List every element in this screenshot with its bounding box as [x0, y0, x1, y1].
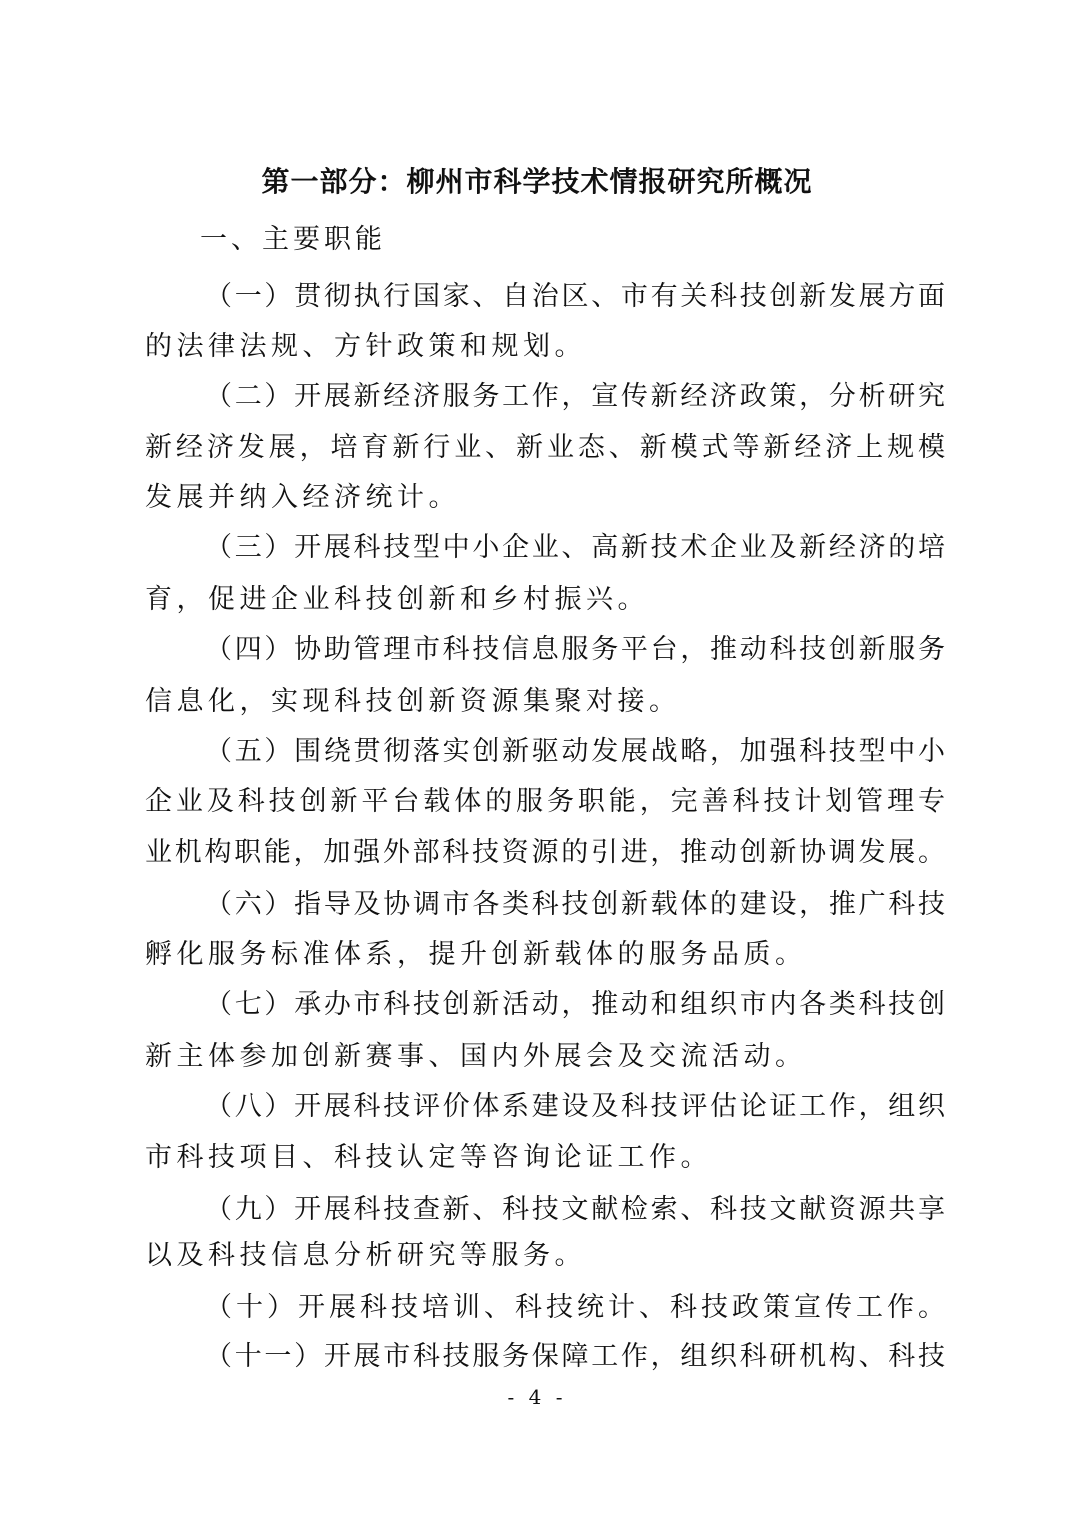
- paragraph-line: 信息化，实现科技创新资源集聚对接。: [145, 682, 945, 722]
- paragraph-line: 企业及科技创新平台载体的服务职能，完善科技计划管理专: [145, 782, 945, 822]
- paragraph-line: 发展并纳入经济统计。: [145, 478, 945, 518]
- paragraph-line: 以及科技信息分析研究等服务。: [145, 1236, 945, 1276]
- paragraph-line: （一）贯彻执行国家、自治区、市有关科技创新发展方面: [205, 277, 945, 317]
- paragraph-line: 新主体参加创新赛事、国内外展会及交流活动。: [145, 1037, 945, 1077]
- paragraph-line: 的法律法规、方针政策和规划。: [145, 327, 945, 367]
- paragraph-line: （六）指导及协调市各类科技创新载体的建设，推广科技: [205, 885, 945, 925]
- paragraph-line: 孵化服务标准体系，提升创新载体的服务品质。: [145, 935, 945, 975]
- paragraph-line: 业机构职能，加强外部科技资源的引进，推动创新协调发展。: [145, 833, 945, 873]
- paragraph-line: （九）开展科技查新、科技文献检索、科技文献资源共享: [205, 1190, 945, 1230]
- paragraph-line: 育，促进企业科技创新和乡村振兴。: [145, 580, 945, 620]
- page-number: - 4 -: [0, 1382, 1074, 1412]
- paragraph-line: （二）开展新经济服务工作，宣传新经济政策，分析研究: [205, 377, 945, 417]
- paragraph-line: （三）开展科技型中小企业、高新技术企业及新经济的培: [205, 528, 945, 568]
- paragraph-line: （七）承办市科技创新活动，推动和组织市内各类科技创: [205, 985, 945, 1025]
- paragraph-line: （八）开展科技评价体系建设及科技评估论证工作，组织: [205, 1087, 945, 1127]
- paragraph-line: 新经济发展，培育新行业、新业态、新模式等新经济上规模: [145, 428, 945, 468]
- paragraph-line: （五）围绕贯彻落实创新驱动发展战略，加强科技型中小: [205, 732, 945, 772]
- document-title: 第一部分：柳州市科学技术情报研究所概况: [0, 162, 1074, 202]
- paragraph-line: （十一）开展市科技服务保障工作，组织科研机构、科技: [205, 1337, 945, 1377]
- section-heading: 一、主要职能: [200, 220, 386, 260]
- paragraph-line: 市科技项目、科技认定等咨询论证工作。: [145, 1138, 945, 1178]
- paragraph-line: （四）协助管理市科技信息服务平台，推动科技创新服务: [205, 630, 945, 670]
- document-page: 第一部分：柳州市科学技术情报研究所概况 一、主要职能 （一）贯彻执行国家、自治区…: [0, 0, 1074, 1520]
- paragraph-line: （十）开展科技培训、科技统计、科技政策宣传工作。: [205, 1288, 945, 1328]
